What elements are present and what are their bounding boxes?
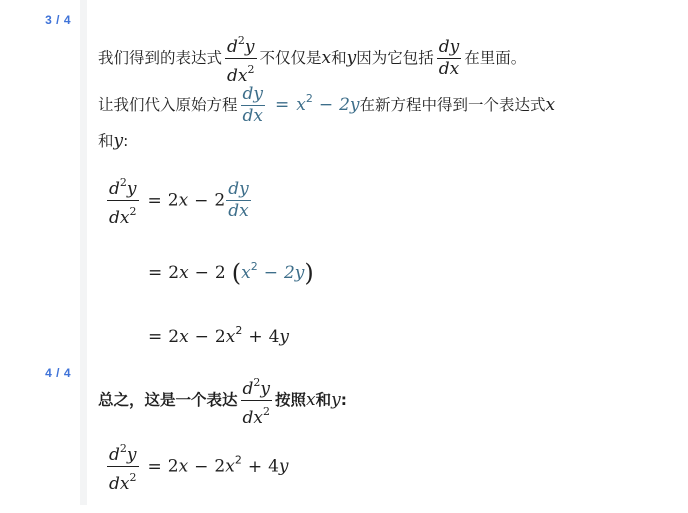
math-sup: 2 [129,205,136,218]
text: 我们得到的表达式 [98,49,222,67]
derivation-line-3: =2x−2x2+4y [148,324,289,347]
paren: ( [232,259,241,287]
fraction-dy-dx-highlight: dydx [241,84,266,127]
math: dx [243,408,263,428]
math-op: = [148,457,162,477]
math-op: − [319,95,333,115]
math-var: x [322,48,332,68]
math: d [109,445,120,465]
math: 2 [215,263,226,283]
math-op: = [148,327,162,347]
math-sup: 2 [235,454,242,467]
math-sup: 2 [120,176,127,189]
math-sup: 2 [248,63,255,76]
text: 在里面。 [464,49,526,67]
math: d [227,37,238,57]
timeline-rail [80,0,87,505]
fraction-d2y-dx2: d2ydx2 [107,172,139,229]
math: dx [109,208,129,228]
math-op: = [148,191,162,211]
math-sup: 2 [129,471,136,484]
math: y [127,179,137,199]
text: 总之，这是一个表达 [98,391,238,409]
math-op: − [264,263,278,283]
text: 不仅仅是 [260,49,322,67]
math: dx [437,59,461,80]
math-var: x [546,95,556,115]
math: y [260,379,270,399]
step4-summary: 总之，这是一个表达d2ydx2按照x和y: [98,372,347,429]
final-result-equation: d2ydx2=2x−2x2+4y [104,438,289,495]
math-op: − [194,191,208,211]
math-var: x [306,390,316,410]
text: 和 [331,49,347,67]
math: dy [226,179,251,200]
math: dx [109,474,129,494]
fraction-d2y-dx2: d2ydx2 [241,372,273,429]
math-sup: 2 [238,34,245,47]
text: : [341,391,347,409]
math-sup: 2 [235,324,242,337]
fraction-d2y-dx2: d2ydx2 [225,30,257,87]
math-var: y [347,48,357,68]
math: dy [437,37,462,58]
math: d [109,179,120,199]
math: 2y [339,95,359,115]
paren: ) [304,259,313,287]
math-var: x [241,263,251,283]
math-sup: 2 [251,260,258,273]
math-var: y [114,131,124,151]
math-sup: 2 [120,442,127,455]
step-label-3: 3 / 4 [0,13,71,27]
math-op: + [248,327,262,347]
text: 和 [98,132,114,150]
math: d [243,379,254,399]
math-op: = [148,263,162,283]
math-sup: 2 [306,92,313,105]
step3-paragraph-2: 让我们代入原始方程dydx=x2−2y在新方程中得到一个表达式x [98,84,555,127]
math: y [127,445,137,465]
math-op: = [275,95,289,115]
math-op: − [194,457,208,477]
step-label-4: 4 / 4 [0,366,71,380]
step3-paragraph-1: 我们得到的表达式d2ydx2不仅仅是x和y因为它包括dydx在里面。 [98,30,526,87]
derivation-line-1: d2ydx2=2x−2dydx [104,172,254,229]
text: 让我们代入原始方程 [98,96,238,114]
math-sup: 2 [263,405,270,418]
math-op: − [195,263,209,283]
math: dx [226,201,250,222]
math-op: − [195,327,209,347]
derivation-line-2: =2x−2(x2−2y) [148,259,314,287]
fraction-d2y-dx2: d2ydx2 [107,438,139,495]
text: 和 [316,391,332,409]
math-var: y [331,390,341,410]
math-op: + [248,457,262,477]
math: dx [241,106,265,127]
step3-paragraph-2-cont: 和y: [98,130,128,152]
text: 按照 [275,391,306,409]
math: y [245,37,255,57]
text: : [123,132,128,150]
math: 2y [284,263,304,283]
text: 在新方程中得到一个表达式 [360,96,546,114]
math: 2 [214,191,225,211]
text: 因为它包括 [356,49,434,67]
math: dx [227,66,247,86]
fraction-dy-dx-highlight: dydx [226,179,251,222]
math: dy [241,84,266,105]
fraction-dy-dx: dydx [437,37,462,80]
math-var: x [296,95,306,115]
